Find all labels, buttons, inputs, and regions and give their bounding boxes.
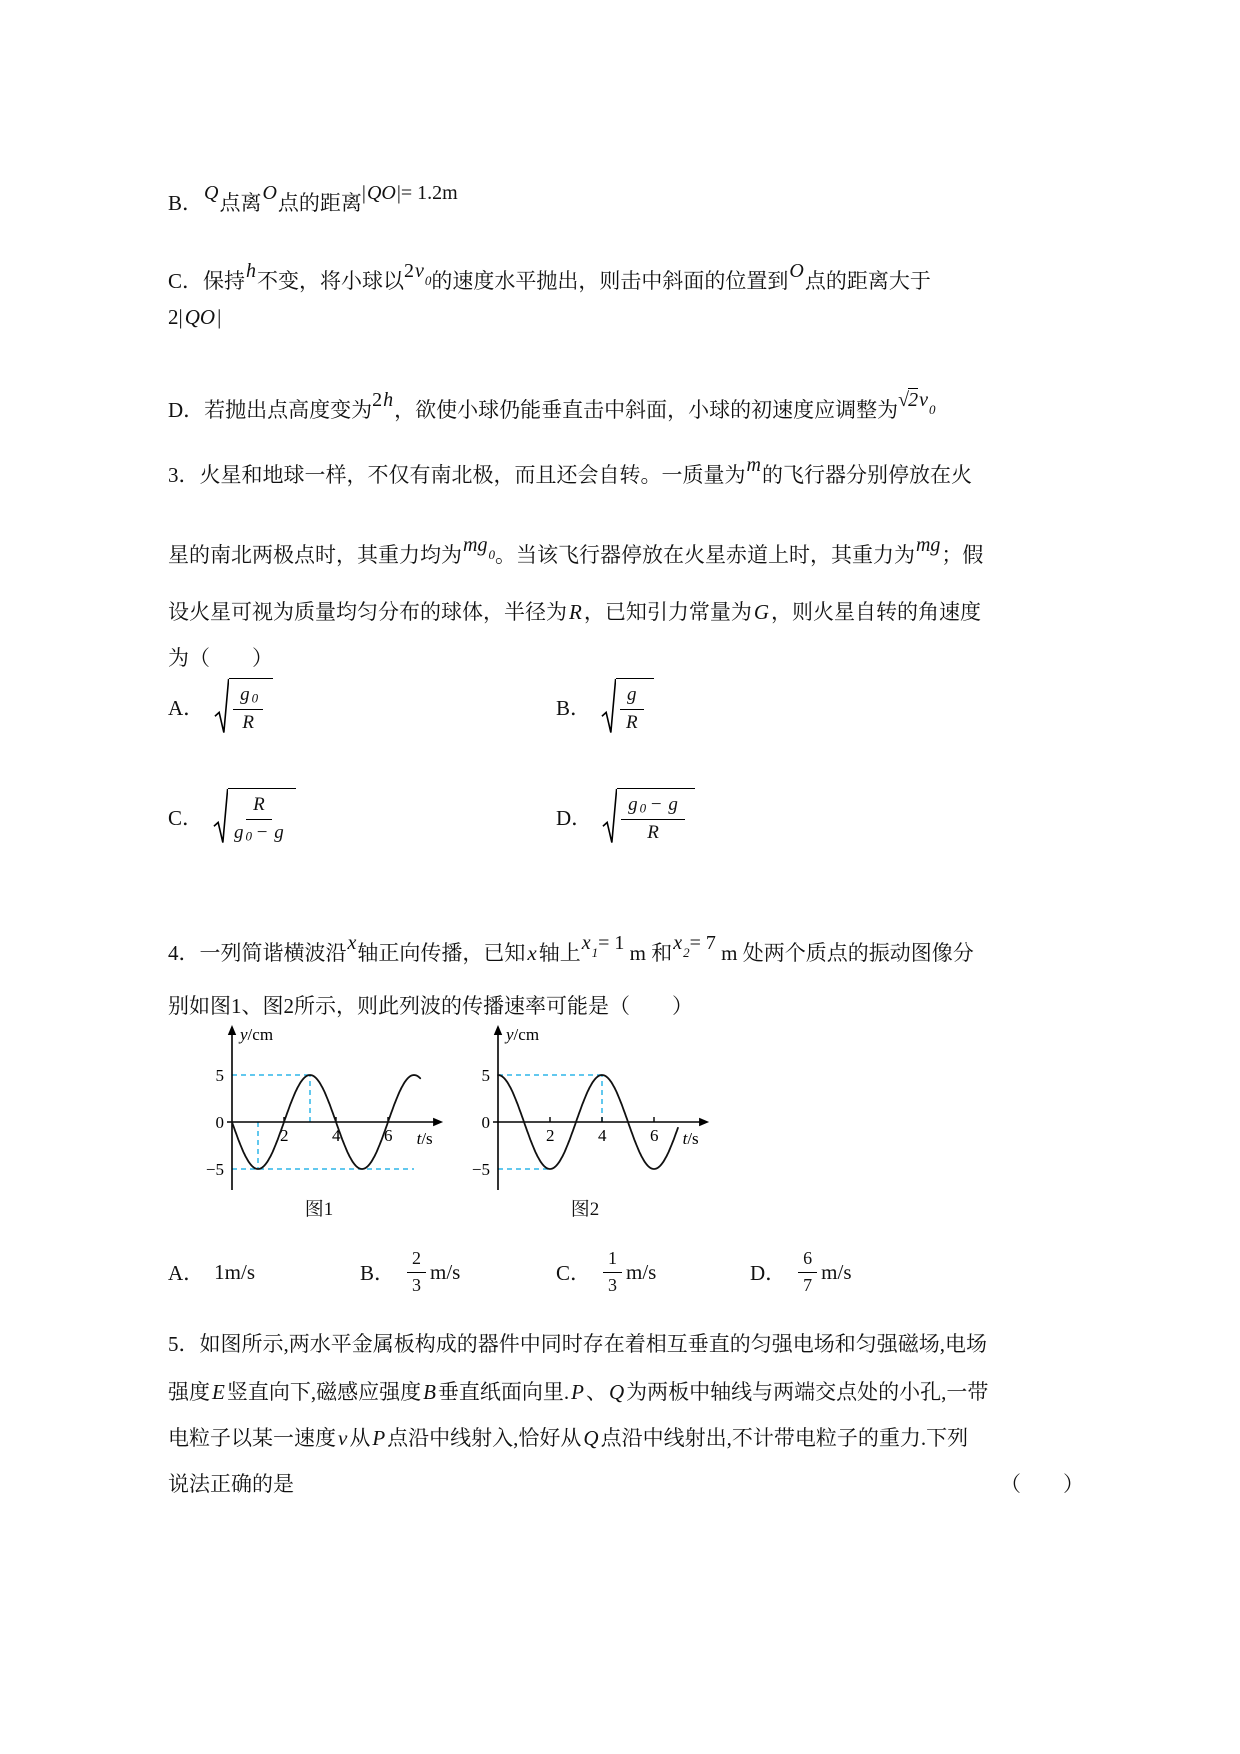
text-segment: −: [252, 822, 272, 843]
text-segment: 轴正向传播，已知: [357, 941, 525, 965]
text-segment: ，欲使小球仍能垂直击中斜面，小球的初速度应调整为: [394, 398, 898, 422]
question-4-option-d: D． 67 m/s: [750, 1244, 852, 1300]
text-segment: mg: [462, 534, 488, 556]
text-segment: ，则火星自转的角速度: [771, 600, 981, 624]
text-segment: h: [245, 260, 257, 282]
option-unit: m/s: [430, 1260, 460, 1285]
text-segment: O: [261, 182, 277, 204]
option-label: A．: [168, 1257, 204, 1287]
question-2-option-c: C．保持h不变，将小球以2v0的速度水平抛出，则击中斜面的位置到O点的距离大于: [168, 258, 1088, 295]
question-4-option-a: A． 1m/s: [168, 1244, 255, 1300]
text-segment: R: [567, 600, 584, 624]
question-3-text-line-4: 为（ ）: [168, 644, 1088, 672]
fraction-numerator: 6: [798, 1247, 817, 1272]
text-segment: 2: [372, 389, 382, 411]
text-segment: C．保持: [168, 269, 245, 293]
text-segment: 点的距离大于: [805, 269, 931, 293]
text-segment: = 7: [690, 932, 716, 954]
figure-2-caption: 图2: [571, 1194, 600, 1221]
text-segment: 不变，将小球以: [257, 269, 404, 293]
text-segment: 星的南北两极点时，其重力均为: [168, 543, 462, 567]
text-segment: |: [217, 305, 221, 329]
text-segment: g: [238, 684, 252, 705]
fraction-denominator: R: [645, 820, 661, 846]
text-segment: 、: [586, 1380, 607, 1404]
question-2-option-b: B．Q点离O点的距离|QO|= 1.2m: [168, 180, 1088, 217]
text-segment: g: [625, 684, 639, 705]
svg-text:6: 6: [650, 1126, 659, 1145]
svg-text:0: 0: [482, 1113, 491, 1132]
text-segment: 为两板中轴线与两端交点处的小孔,一带: [626, 1380, 988, 1404]
option-unit: m/s: [626, 1260, 656, 1285]
question-4-text-line-1: 4．一列简谐横波沿x轴正向传播，已知x轴上x1= 1 m 和x2= 7 m 处两…: [168, 930, 1088, 967]
text-segment: R: [645, 822, 661, 843]
text-segment: 从: [349, 1426, 370, 1450]
text-segment: ；假: [941, 543, 983, 567]
text-segment: 垂直纸面向里.: [438, 1380, 569, 1404]
option-label: D．: [556, 802, 592, 832]
option-label: A．: [168, 692, 204, 722]
text-segment: 竖直向下,磁感应强度: [227, 1380, 421, 1404]
sqrt-radical: g0R: [214, 678, 273, 735]
text-segment: QO: [183, 305, 217, 329]
document-page: B．Q点离O点的距离|QO|= 1.2m C．保持h不变，将小球以2v0的速度水…: [0, 0, 1240, 1754]
fraction-numerator: 2: [407, 1247, 426, 1272]
text-segment: 1: [608, 1248, 617, 1268]
text-segment: g: [232, 822, 246, 843]
text-segment: 的速度水平抛出，则击中斜面的位置到: [431, 269, 788, 293]
text-segment: 电粒子以某一速度: [168, 1426, 336, 1450]
option-label: C．: [556, 1257, 591, 1287]
text-segment: x: [525, 941, 538, 965]
question-3-option-b: B． gR: [556, 678, 654, 735]
text-segment: 点沿中线射入,恰好从: [387, 1426, 581, 1450]
text-segment: g: [666, 794, 680, 815]
radical-sign: [602, 788, 617, 845]
fraction-denominator: R: [240, 710, 256, 736]
text-segment: g: [626, 794, 640, 815]
text-segment: O: [788, 260, 804, 282]
fraction-denominator: g0 − g: [232, 820, 286, 846]
text-segment: R: [251, 794, 267, 815]
text-segment: 4．一列简谐横波沿: [168, 941, 347, 965]
question-3-text-line-1: 3．火星和地球一样，不仅有南北极，而且还会自转。一质量为m的飞行器分别停放在火: [168, 452, 1088, 489]
text-segment: 的飞行器分别停放在火: [762, 463, 972, 487]
question-2-option-d: D．若抛出点高度变为2h，欲使小球仍能垂直击中斜面，小球的初速度应调整为√2v0: [168, 387, 1088, 424]
text-segment: = 1: [598, 932, 624, 954]
svg-text:t/s: t/s: [417, 1129, 433, 1148]
svg-text:−5: −5: [472, 1160, 490, 1179]
text-segment: 强度: [168, 1380, 210, 1404]
vibration-graph-figure-1: 24650−5y/cmt/s: [194, 1022, 444, 1194]
fraction-numerator: g: [620, 683, 644, 710]
text-segment: G: [752, 600, 771, 624]
option-value: 1m/s: [214, 1260, 255, 1285]
text-segment: m: [746, 454, 762, 476]
question-3-option-a: A． g0R: [168, 678, 273, 735]
svg-text:0: 0: [216, 1113, 225, 1132]
question-4-text-line-2: 别如图1、图2所示，则此列波的传播速率可能是（ ）: [168, 992, 1088, 1020]
fraction-denominator: 3: [412, 1273, 421, 1297]
text-segment: D．若抛出点高度变为: [168, 398, 372, 422]
text-segment: v: [414, 260, 425, 282]
question-3-option-d: D． g0 − gR: [556, 788, 695, 845]
text-segment: 3: [412, 1275, 421, 1295]
text-segment: 为（ ）: [168, 646, 273, 670]
text-segment: v: [336, 1426, 349, 1450]
sqrt-radical: Rg0 − g: [213, 788, 296, 845]
question-4-option-c: C． 13 m/s: [556, 1244, 656, 1300]
svg-text:−5: −5: [206, 1160, 224, 1179]
fraction-numerator: 1: [603, 1247, 622, 1272]
sqrt-radical: gR: [601, 678, 654, 735]
text-segment: 7: [803, 1275, 812, 1295]
figure-2-block: 24650−5y/cmt/s 图2: [460, 1022, 710, 1221]
answer-parentheses: （ ）: [1000, 1470, 1084, 1498]
text-segment: 。当该飞行器停放在火星赤道上时，其重力为: [495, 543, 915, 567]
text-segment: 点的距离: [278, 191, 362, 215]
fraction-denominator: R: [624, 710, 640, 736]
text-segment: E: [210, 1380, 227, 1404]
fraction-numerator: g0: [233, 683, 263, 710]
text-segment: ，已知引力常量为: [584, 600, 752, 624]
question-4-option-b: B． 23 m/s: [360, 1244, 460, 1300]
text-segment: mg: [915, 534, 941, 556]
text-segment: 2: [404, 260, 414, 282]
text-segment: x: [581, 932, 592, 954]
text-segment: 别如图1、图2所示，则此列波的传播速率可能是（ ）: [168, 994, 693, 1018]
text-segment: m 和: [624, 941, 672, 965]
svg-text:5: 5: [216, 1066, 225, 1085]
option-label: C．: [168, 802, 203, 832]
text-segment: 3: [608, 1275, 617, 1295]
text-segment: R: [624, 712, 640, 733]
figure-1-block: 24650−5y/cmt/s 图1: [194, 1022, 444, 1221]
text-segment: Q: [607, 1380, 626, 1404]
text-segment: x: [672, 932, 683, 954]
fraction-denominator: 7: [803, 1273, 812, 1297]
question-5-text-line-4: 说法正确的是 （ ）: [168, 1470, 1088, 1498]
question-5-text-line-2: 强度E竖直向下,磁感应强度B垂直纸面向里.P、Q为两板中轴线与两端交点处的小孔,…: [168, 1378, 1088, 1406]
vibration-graph-figure-2: 24650−5y/cmt/s: [460, 1022, 710, 1194]
text-segment: 6: [803, 1248, 812, 1268]
option-unit: m/s: [821, 1260, 851, 1285]
svg-text:t/s: t/s: [683, 1129, 699, 1148]
svg-text:2: 2: [546, 1126, 555, 1145]
text-segment: |= 1.2m: [397, 182, 458, 204]
text-segment: P: [370, 1426, 387, 1450]
radical-sign: [213, 788, 228, 845]
text-segment: B: [421, 1380, 438, 1404]
question-5-line-4-text: 说法正确的是: [168, 1472, 294, 1496]
figure-1-caption: 图1: [305, 1194, 334, 1221]
question-3-text-line-3: 设火星可视为质量均匀分布的球体，半径为R，已知引力常量为G，则火星自转的角速度: [168, 598, 1088, 626]
question-3-options-row-1: A． g0R B． gR: [168, 678, 1088, 768]
text-segment: 轴上: [539, 941, 581, 965]
svg-text:y/cm: y/cm: [504, 1025, 539, 1044]
text-segment: 3．火星和地球一样，不仅有南北极，而且还会自转。一质量为: [168, 463, 746, 487]
option-label: B．: [556, 692, 591, 722]
text-segment: 2: [412, 1248, 421, 1268]
question-3-option-c: C． Rg0 − g: [168, 788, 296, 845]
question-3-options-row-2: C． Rg0 − g D． g0 − gR: [168, 788, 1088, 878]
text-segment: g: [272, 822, 286, 843]
text-segment: x: [347, 932, 358, 954]
radical-sign: [601, 678, 616, 735]
sqrt-radical: g0 − gR: [602, 788, 695, 845]
text-segment: Q: [581, 1426, 600, 1450]
option-label: B．: [360, 1257, 395, 1287]
text-segment: h: [382, 389, 394, 411]
text-segment: 点沿中线射出,不计带电粒子的重力.下列: [601, 1426, 969, 1450]
svg-text:4: 4: [332, 1126, 341, 1145]
fraction-denominator: 3: [608, 1273, 617, 1297]
fraction-numerator: R: [246, 793, 272, 820]
question-2-option-c-line-2: 2|QO|: [168, 303, 1088, 331]
text-segment: 点离: [219, 191, 261, 215]
svg-text:4: 4: [598, 1126, 607, 1145]
question-3-text-line-2: 星的南北两极点时，其重力均为mg0。当该飞行器停放在火星赤道上时，其重力为mg；…: [168, 532, 1088, 569]
text-segment: v: [918, 389, 929, 411]
question-4-figures: 24650−5y/cmt/s 图1 24650−5y/cmt/s 图2: [194, 1022, 710, 1221]
radical-sign: [214, 678, 229, 735]
text-segment: QO: [366, 182, 397, 204]
text-segment: Q: [203, 182, 219, 204]
question-5-text-line-1: 5．如图所示,两水平金属板构成的器件中同时存在着相互垂直的匀强电场和匀强磁场,电…: [168, 1330, 1088, 1358]
option-label: D．: [750, 1257, 786, 1287]
text-segment: m 处两个质点的振动图像分: [716, 941, 974, 965]
text-segment: 5．如图所示,两水平金属板构成的器件中同时存在着相互垂直的匀强电场和匀强磁场,电…: [168, 1332, 987, 1356]
fraction-numerator: g0 − g: [621, 793, 685, 820]
text-segment: 2: [168, 305, 179, 329]
text-segment: P: [569, 1380, 586, 1404]
text-segment: 设火星可视为质量均匀分布的球体，半径为: [168, 600, 567, 624]
question-4-options-row: A． 1m/s B． 23 m/s C． 13 m/s D． 67 m/s: [0, 1244, 1240, 1304]
svg-text:y/cm: y/cm: [238, 1025, 273, 1044]
sqrt-expression: √2: [898, 388, 918, 411]
text-segment: B．: [168, 191, 203, 215]
text-segment: 0: [252, 691, 259, 706]
text-segment: −: [646, 794, 666, 815]
question-5-text-line-3: 电粒子以某一速度v从P点沿中线射入,恰好从Q点沿中线射出,不计带电粒子的重力.下…: [168, 1424, 1088, 1452]
svg-text:5: 5: [482, 1066, 491, 1085]
text-segment: 0: [929, 402, 936, 417]
text-segment: R: [240, 712, 256, 733]
